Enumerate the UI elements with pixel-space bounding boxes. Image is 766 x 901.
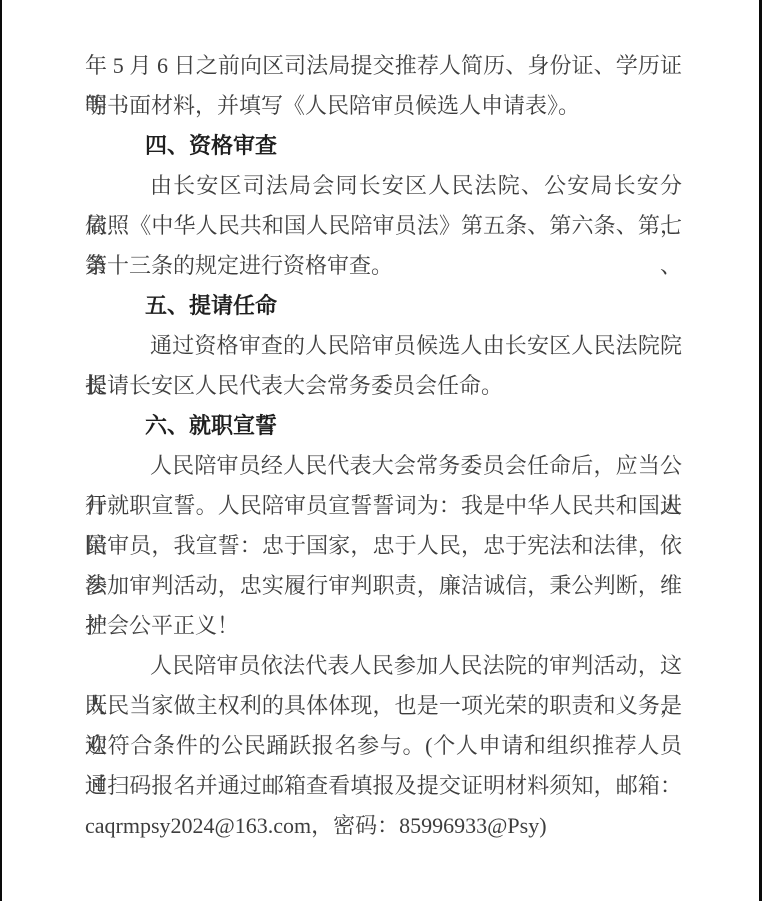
text-line: 等书面材料，并填写《人民陪审员候选人申请表》。: [85, 86, 682, 126]
text-line: 依照《中华人民共和国人民陪审员法》第五条、第六条、第七条、: [85, 206, 682, 246]
text-line: 人民陪审员依法代表人民参加人民法院的审判活动，这既是: [85, 646, 682, 686]
page-edge-left-line: [0, 0, 2, 901]
text-line: 人民当家做主权利的具体体现，也是一项光荣的职责和义务，欢: [85, 686, 682, 726]
section-heading-6: 六、就职宣誓: [85, 406, 682, 446]
text-line: 参加审判活动，忠实履行审判职责，廉洁诚信，秉公判断，维护: [85, 566, 682, 606]
text-line: 迎符合条件的公民踊跃报名参与。(个人申请和组织推荐人员通: [85, 726, 682, 766]
text-line: 行就职宣誓。人民陪审员宣誓誓词为：我是中华人民共和国人民: [85, 486, 682, 526]
text-line: 陪审员，我宣誓：忠于国家，忠于人民，忠于宪法和法律，依法: [85, 526, 682, 566]
text-line: 年 5 月 6 日之前向区司法局提交推荐人简历、身份证、学历证明: [85, 46, 682, 86]
text-line: 人民陪审员经人民代表大会常务委员会任命后，应当公开进: [85, 446, 682, 486]
text-line: 通过资格审查的人民陪审员候选人由长安区人民法院院长: [85, 326, 682, 366]
text-line: 提请长安区人民代表大会常务委员会任命。: [85, 366, 682, 406]
section-heading-4: 四、资格审查: [85, 126, 682, 166]
text-line: 由长安区司法局会同长安区人民法院、公安局长安分局，: [85, 166, 682, 206]
document-page: 年 5 月 6 日之前向区司法局提交推荐人简历、身份证、学历证明 等书面材料，并…: [0, 0, 766, 901]
contact-email-line: caqrmpsy2024@163.com，密码：85996933@Psy): [85, 806, 682, 846]
text-line: 社会公平正义！: [85, 606, 682, 646]
text-line: 过扫码报名并通过邮箱查看填报及提交证明材料须知，邮箱：: [85, 766, 682, 806]
section-heading-5: 五、提请任命: [85, 286, 682, 326]
document-body: 年 5 月 6 日之前向区司法局提交推荐人简历、身份证、学历证明 等书面材料，并…: [85, 46, 682, 846]
page-edge-right-line: [759, 0, 762, 901]
